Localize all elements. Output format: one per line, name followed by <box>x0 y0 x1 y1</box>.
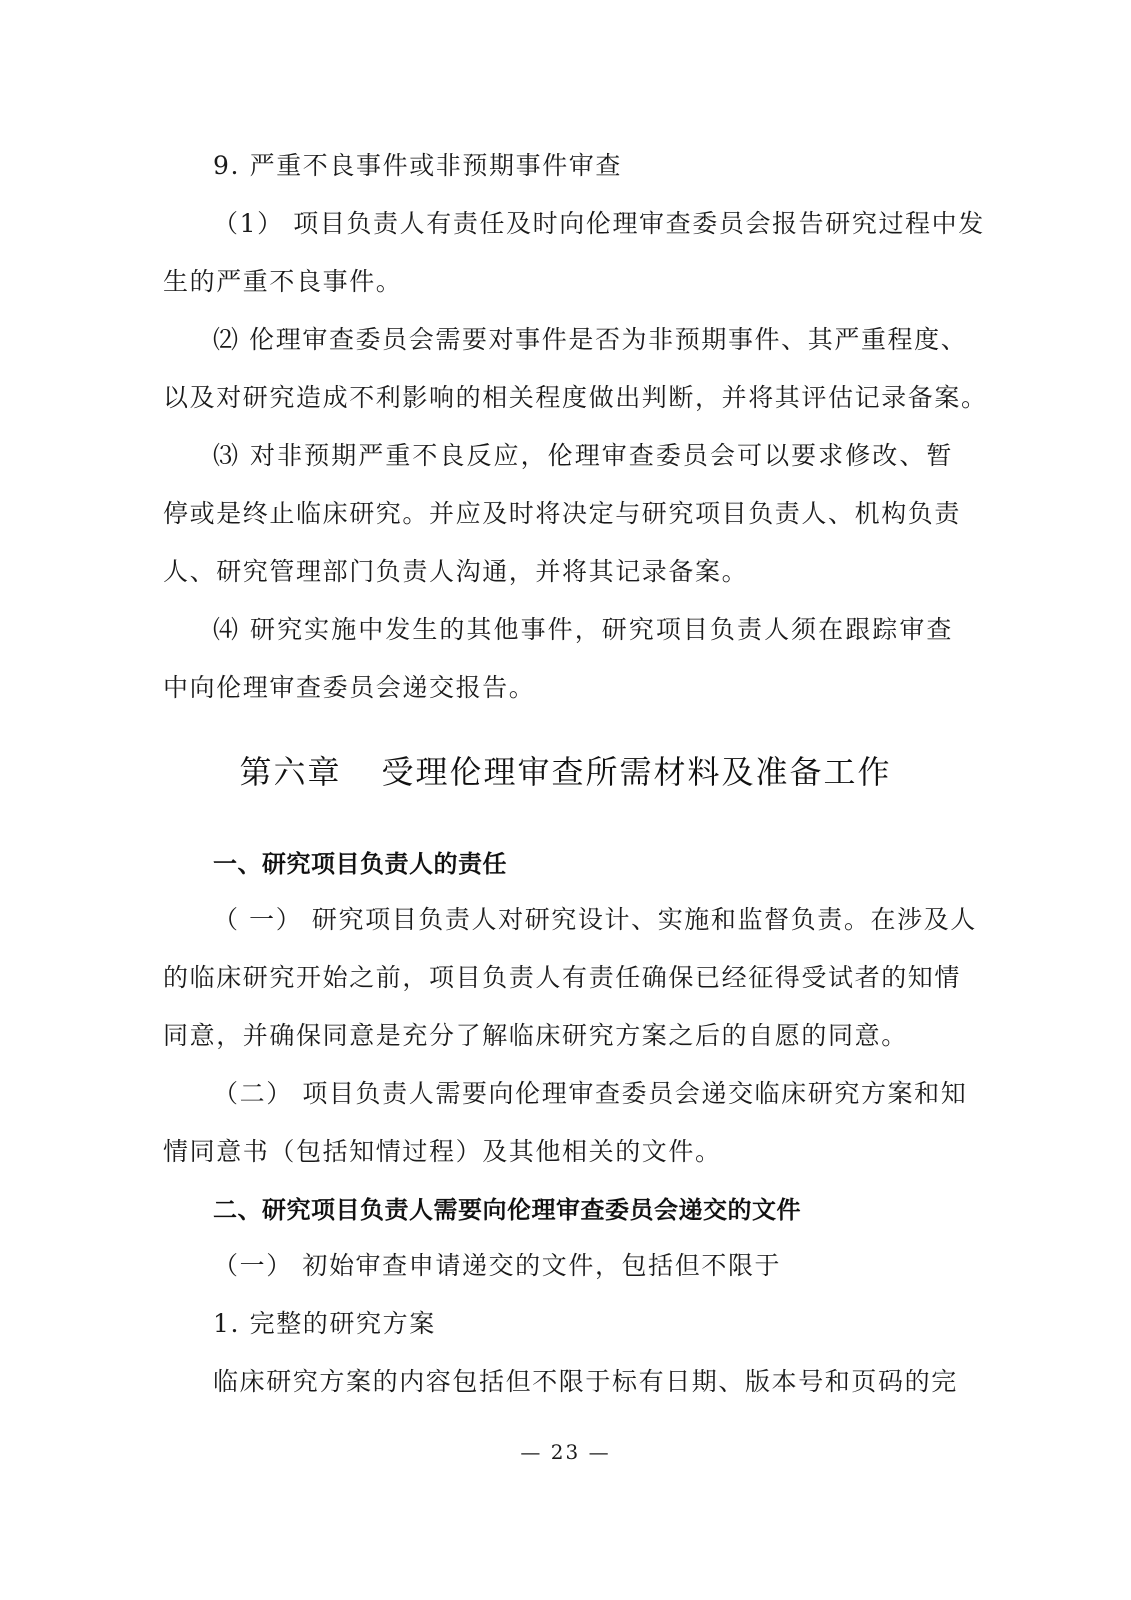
item-title: 1. 完整的研究方案 <box>213 1308 953 1340</box>
paragraph-line: （二） 项目负责人需要向伦理审查委员会递交临床研究方案和知 <box>213 1078 953 1110</box>
paragraph-line: 中向伦理审查委员会递交报告。 <box>163 672 953 704</box>
paragraph-line: 停或是终止临床研究。并应及时将决定与研究项目负责人、机构负责 <box>163 498 953 530</box>
paragraph-line: ⑷ 研究实施中发生的其他事件，研究项目负责人须在跟踪审查 <box>213 614 953 646</box>
chapter-title: 受理伦理审查所需材料及准备工作 <box>382 753 892 791</box>
chapter-heading: 第六章受理伦理审查所需材料及准备工作 <box>0 752 1131 792</box>
paragraph-line: 以及对研究造成不利影响的相关程度做出判断，并将其评估记录备案。 <box>163 382 953 414</box>
paragraph-line: ⑵ 伦理审查委员会需要对事件是否为非预期事件、其严重程度、 <box>213 324 953 356</box>
paragraph-line: （1） 项目负责人有责任及时向伦理审查委员会报告研究过程中发 <box>213 208 953 240</box>
paragraph-line: 情同意书（包括知情过程）及其他相关的文件。 <box>163 1136 953 1168</box>
chapter-number: 第六章 <box>239 753 341 791</box>
section-heading: 二、研究项目负责人需要向伦理审查委员会递交的文件 <box>213 1194 953 1226</box>
section-9-title: 9. 严重不良事件或非预期事件审查 <box>213 150 953 182</box>
section-heading: 一、研究项目负责人的责任 <box>213 848 953 880</box>
paragraph-line: 人、研究管理部门负责人沟通，并将其记录备案。 <box>163 556 953 588</box>
paragraph-line: 同意，并确保同意是充分了解临床研究方案之后的自愿的同意。 <box>163 1020 953 1052</box>
paragraph-line: 生的严重不良事件。 <box>163 266 953 298</box>
paragraph-line: 临床研究方案的内容包括但不限于标有日期、版本号和页码的完 <box>213 1366 953 1398</box>
paragraph-line: 的临床研究开始之前，项目负责人有责任确保已经征得受试者的知情 <box>163 962 953 994</box>
paragraph-line: （ 一） 研究项目负责人对研究设计、实施和监督负责。在涉及人 <box>213 904 953 936</box>
page-number: — 23 — <box>0 1440 1131 1464</box>
paragraph-line: ⑶ 对非预期严重不良反应，伦理审查委员会可以要求修改、暂 <box>213 440 953 472</box>
document-page: 9. 严重不良事件或非预期事件审查 （1） 项目负责人有责任及时向伦理审查委员会… <box>0 0 1131 1600</box>
subsection-label: （一） 初始审查申请递交的文件，包括但不限于 <box>213 1250 953 1282</box>
